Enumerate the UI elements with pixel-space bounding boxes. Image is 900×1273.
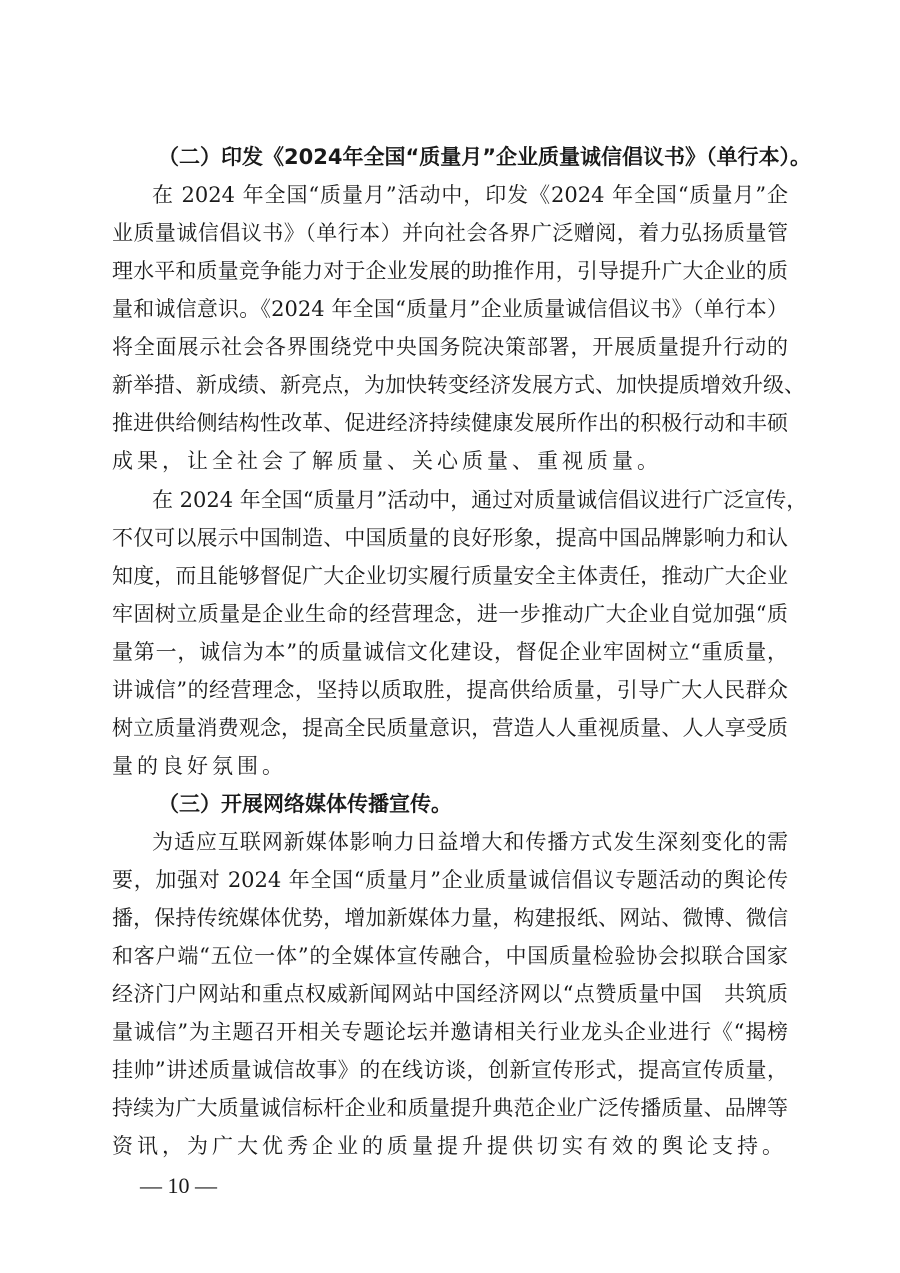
paragraph-line: 理水平和质量竞争能力对于企业发展的助推作用，引导提升广大企业的质 bbox=[112, 256, 788, 286]
paragraph-line: 牢固树立质量是企业生命的经营理念，进一步推动广大企业自觉加强“质 bbox=[112, 599, 788, 629]
section-heading-3: （三）开展网络媒体传播宣传。 bbox=[158, 789, 452, 819]
paragraph-line: 量诚信”为主题召开相关专题论坛并邀请相关行业龙头企业进行《“揭榜 bbox=[112, 1017, 788, 1047]
paragraph-line: 成果，让全社会了解质量、关心质量、重视质量。 bbox=[112, 446, 662, 476]
section-heading-2: （二）印发《2024年全国“质量月”企业质量诚信倡议书》（单行本）。 bbox=[158, 142, 811, 172]
paragraph-line: 在 2024 年全国“质量月”活动中，通过对质量诚信倡议进行广泛宣传， bbox=[152, 485, 788, 515]
paragraph-line: 为适应互联网新媒体影响力日益增大和传播方式发生深刻变化的需 bbox=[152, 827, 788, 857]
paragraph-line: 播，保持传统媒体优势，增加新媒体力量，构建报纸、网站、微博、微信 bbox=[112, 903, 788, 933]
paragraph-line: 知度，而且能够督促广大企业切实履行质量安全主体责任，推动广大企业 bbox=[112, 561, 788, 591]
paragraph-line: 在 2024 年全国“质量月”活动中，印发《2024 年全国“质量月”企 bbox=[152, 180, 788, 210]
paragraph-line: 和客户端“五位一体”的全媒体宣传融合，中国质量检验协会拟联合国家 bbox=[112, 941, 788, 971]
paragraph-line: 树立质量消费观念，提高全民质量意识，营造人人重视质量、人人享受质 bbox=[112, 713, 788, 743]
paragraph-line: 将全面展示社会各界围绕党中央国务院决策部署，开展质量提升行动的 bbox=[112, 332, 788, 362]
paragraph-line: 资讯，为广大优秀企业的质量提升提供切实有效的舆论支持。 bbox=[112, 1131, 787, 1161]
paragraph-line: 业质量诚信倡议书》（单行本）并向社会各界广泛赠阅，着力弘扬质量管 bbox=[112, 218, 788, 248]
paragraph-line: 量的良好氛围。 bbox=[112, 751, 287, 781]
paragraph-line: 挂帅”讲述质量诚信故事》的在线访谈，创新宣传形式，提高宣传质量， bbox=[112, 1055, 788, 1085]
paragraph-line: 讲诚信”的经营理念，坚持以质取胜，提高供给质量，引导广大人民群众 bbox=[112, 675, 788, 705]
paragraph-line: 推进供给侧结构性改革、促进经济持续健康发展所作出的积极行动和丰硕 bbox=[112, 408, 788, 438]
page-number: — 10 — bbox=[140, 1171, 217, 1201]
paragraph-line: 量和诚信意识。《2024 年全国“质量月”企业质量诚信倡议书》（单行本） bbox=[112, 294, 788, 324]
paragraph-line: 新举措、新成绩、新亮点，为加快转变经济发展方式、加快提质增效升级、 bbox=[112, 370, 788, 400]
paragraph-line: 不仅可以展示中国制造、中国质量的良好形象，提高中国品牌影响力和认 bbox=[112, 523, 788, 553]
paragraph-line: 量第一，诚信为本”的质量诚信文化建设，督促企业牢固树立“重质量， bbox=[112, 637, 788, 667]
paragraph-line: 持续为广大质量诚信标杆企业和质量提升典范企业广泛传播质量、品牌等 bbox=[112, 1093, 788, 1123]
paragraph-line: 要，加强对 2024 年全国“质量月”企业质量诚信倡议专题活动的舆论传 bbox=[112, 865, 788, 895]
document-page: （二）印发《2024年全国“质量月”企业质量诚信倡议书》（单行本）。 在 202… bbox=[0, 0, 900, 1273]
paragraph-line: 经济门户网站和重点权威新闻网站中国经济网以“点赞质量中国 共筑质 bbox=[112, 979, 788, 1009]
